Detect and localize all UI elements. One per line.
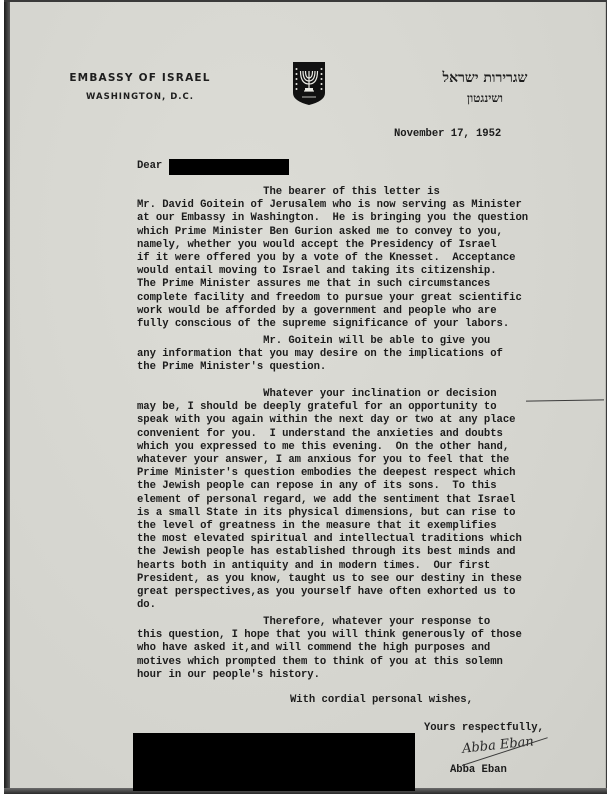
paragraph-1: The bearer of this letter is Mr. David G…	[137, 186, 528, 331]
salutation: Dear	[137, 160, 162, 173]
valediction: Yours respectfully,	[424, 722, 544, 735]
closing-line: With cordial personal wishes,	[290, 694, 473, 707]
paragraph-2: Mr. Goitein will be able to give you any…	[137, 335, 503, 375]
redacted-block	[133, 733, 415, 791]
embassy-name-hebrew: שגרירות ישראל	[410, 70, 560, 87]
embassy-city-hebrew: ושינגטון	[410, 91, 560, 106]
embassy-city: WASHINGTON, D.C.	[60, 92, 220, 102]
embassy-name: EMBASSY OF ISRAEL	[60, 72, 220, 84]
paragraph-3: Whatever your inclination or decision ma…	[137, 388, 522, 612]
letterhead-hebrew: שגרירות ישראל ושינגטון	[410, 70, 560, 106]
typed-signatory-name: Abba Eban	[450, 764, 507, 777]
letterhead-english: EMBASSY OF ISRAEL WASHINGTON, D.C.	[60, 72, 220, 102]
letter-date: November 17, 1952	[394, 128, 501, 141]
redacted-recipient	[169, 159, 289, 175]
paragraph-4: Therefore, whatever your response to thi…	[137, 616, 522, 682]
menorah-emblem-icon	[292, 61, 326, 106]
